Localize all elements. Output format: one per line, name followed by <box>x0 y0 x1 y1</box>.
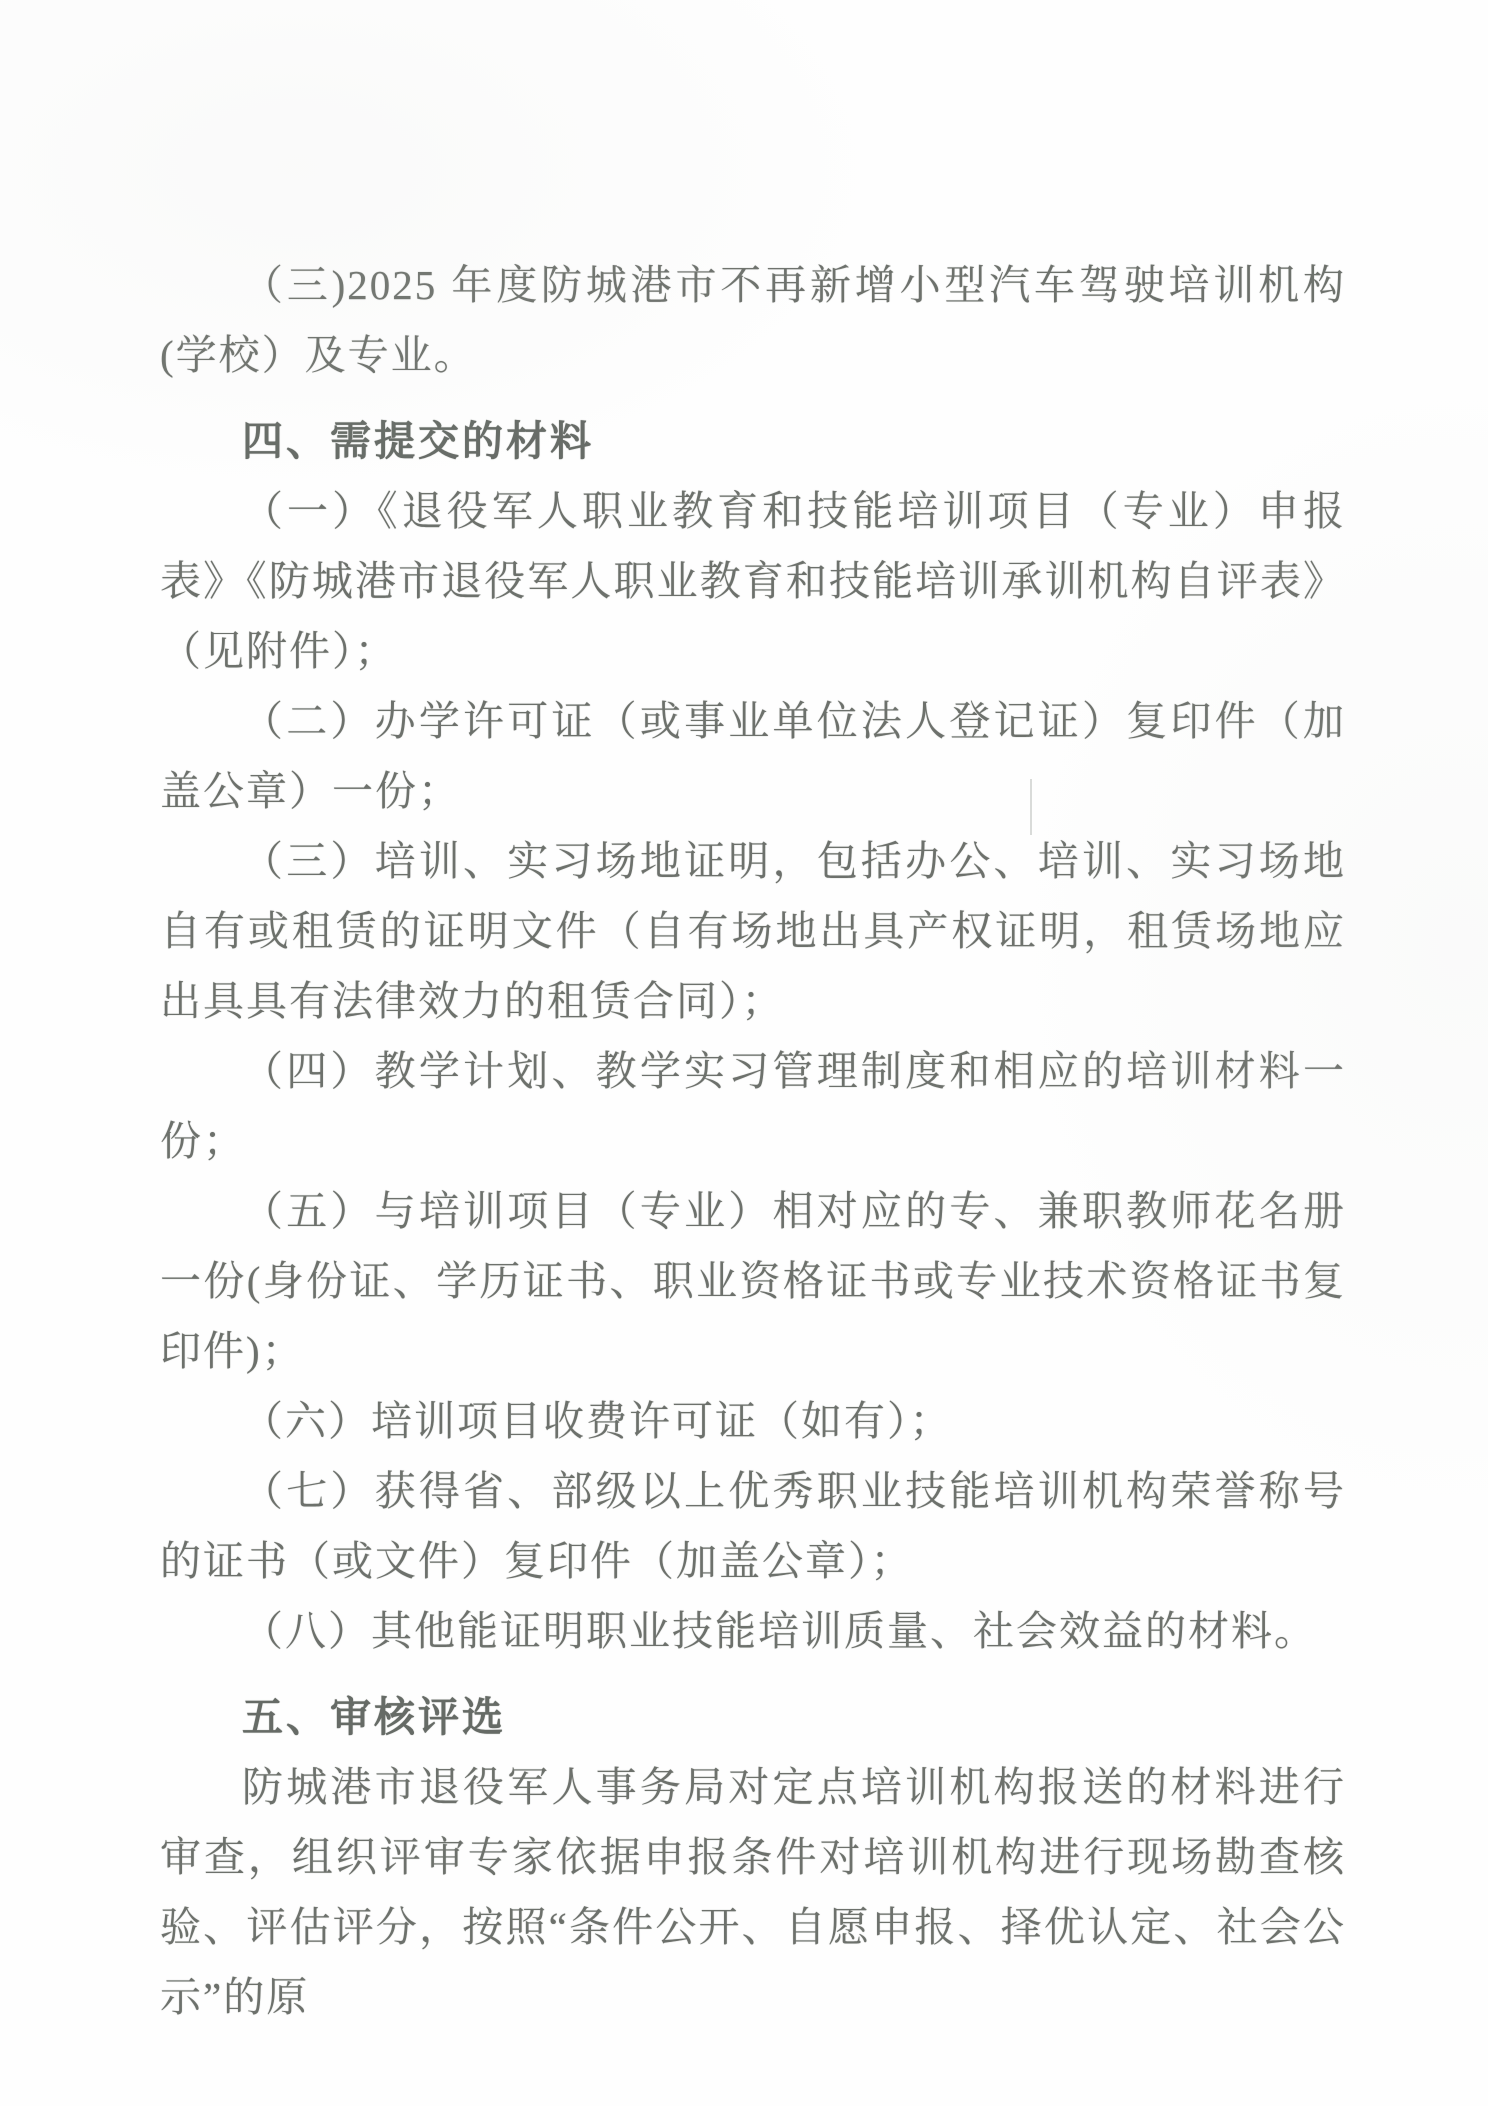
paragraph: （三)2025 年度防城港市不再新增小型汽车驾驶培训机构(学校）及专业。 <box>160 250 1346 390</box>
paragraph: （一）《退役军人职业教育和技能培训项目（专业）申报表》《防城港市退役军人职业教育… <box>160 476 1346 686</box>
paragraph: （五）与培训项目（专业）相对应的专、兼职教师花名册一份(身份证、学历证书、职业资… <box>160 1176 1346 1386</box>
paragraph: （八）其他能证明职业技能培训质量、社会效益的材料。 <box>160 1596 1346 1666</box>
paragraph: （六）培训项目收费许可证（如有）； <box>160 1386 1346 1456</box>
document-body: （三)2025 年度防城港市不再新增小型汽车驾驶培训机构(学校）及专业。四、需提… <box>160 250 1346 2032</box>
paragraph: （三）培训、实习场地证明，包括办公、培训、实习场地自有或租赁的证明文件（自有场地… <box>160 826 1346 1036</box>
section-heading: 四、需提交的材料 <box>160 406 1346 476</box>
paragraph: 防城港市退役军人事务局对定点培训机构报送的材料进行审查，组织评审专家依据申报条件… <box>160 1752 1346 2032</box>
paragraph: （二）办学许可证（或事业单位法人登记证）复印件（加盖公章）一份； <box>160 686 1346 826</box>
document-page: （三)2025 年度防城港市不再新增小型汽车驾驶培训机构(学校）及专业。四、需提… <box>0 0 1488 2106</box>
scan-artifact <box>1030 779 1032 835</box>
paragraph: （四）教学计划、教学实习管理制度和相应的培训材料一份； <box>160 1036 1346 1176</box>
paragraph: （七）获得省、部级以上优秀职业技能培训机构荣誉称号的证书（或文件）复印件（加盖公… <box>160 1456 1346 1596</box>
section-heading: 五、审核评选 <box>160 1682 1346 1752</box>
